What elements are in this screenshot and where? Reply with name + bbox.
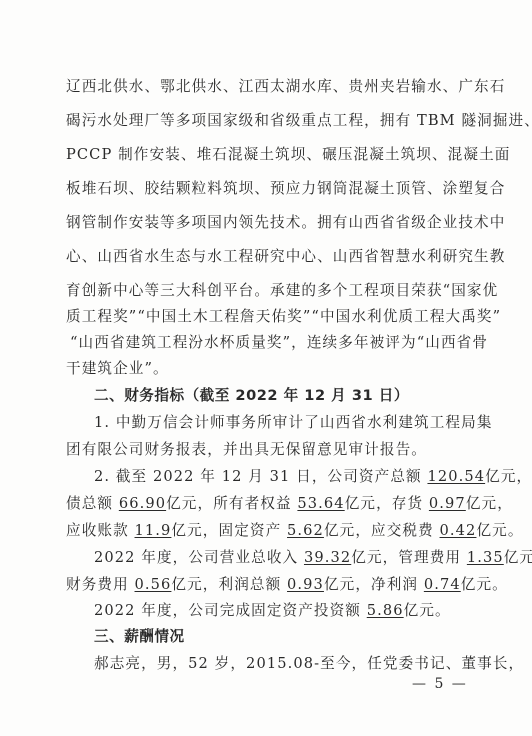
total-liabilities-value: 66.90 bbox=[119, 495, 166, 512]
paragraph-line: 辽西北供水、鄂北供水、江西太湖水库、贵州夹岩输水、广东石 bbox=[66, 77, 462, 97]
paragraph-line: 钢管制作安装等多项国内领先技术。拥有山西省省级企业技术中 bbox=[66, 213, 462, 233]
text: 亿元，存货 bbox=[345, 495, 429, 512]
balance-line-3: 应收账款 11.9亿元，固定资产 5.62亿元，应交税费 0.42亿元。 bbox=[66, 521, 462, 541]
compensation-line-1: 郝志亮，男，52 岁，2015.08-至今，任党委书记、董事长， bbox=[94, 654, 462, 674]
net-profit-value: 0.74 bbox=[424, 576, 461, 593]
section-heading-compensation: 三、薪酬情况 bbox=[94, 627, 462, 647]
text: 2. 截至 2022 年 12 月 31 日，公司资产总额 bbox=[94, 468, 427, 485]
text: 亿元。 bbox=[461, 576, 508, 593]
income-line-1: 2022 年度，公司营业总收入 39.32亿元，管理费用 1.35亿元， bbox=[94, 548, 462, 568]
owners-equity-value: 53.64 bbox=[297, 495, 344, 512]
text: 2022 年度，公司营业总收入 bbox=[94, 549, 304, 566]
text: 亿元，所有者权益 bbox=[166, 495, 297, 512]
balance-line-1: 2. 截至 2022 年 12 月 31 日，公司资产总额 120.54亿元，负 bbox=[94, 467, 462, 487]
inventory-value: 0.97 bbox=[429, 495, 466, 512]
text: 亿元。 bbox=[476, 522, 523, 539]
text: 亿元， bbox=[504, 549, 532, 566]
text: 应收账款 bbox=[66, 522, 135, 539]
taxes-payable-value: 0.42 bbox=[440, 522, 477, 539]
text: 亿元， bbox=[466, 495, 513, 512]
paragraph-line: 干建筑企业”。 bbox=[66, 359, 462, 379]
audit-line-2: 团有限公司财务报表，并出具无保留意见审计报告。 bbox=[66, 440, 462, 460]
investment-value: 5.86 bbox=[367, 602, 404, 619]
balance-line-2: 债总额 66.90亿元，所有者权益 53.64亿元，存货 0.97亿元， bbox=[66, 494, 462, 514]
text: 亿元。 bbox=[404, 602, 451, 619]
investment-line: 2022 年度，公司完成固定资产投资额 5.86亿元。 bbox=[94, 601, 462, 621]
section-heading-financial: 二、财务指标（截至 2022 年 12 月 31 日） bbox=[94, 386, 462, 406]
paragraph-line: 育创新中心等三大科创平台。承建的多个工程项目荣获“国家优 bbox=[66, 281, 462, 301]
paragraph-line: 质工程奖”“中国土木工程詹天佑奖”“中国水利优质工程大禹奖” bbox=[66, 307, 462, 327]
text: 亿元，利润总额 bbox=[171, 576, 287, 593]
text: 2022 年度，公司完成固定资产投资额 bbox=[94, 602, 367, 619]
revenue-value: 39.32 bbox=[304, 549, 351, 566]
text: 亿元，负 bbox=[485, 468, 532, 485]
admin-expense-value: 1.35 bbox=[467, 549, 504, 566]
paragraph-line: 碣污水处理厂等多项国家级和省级重点工程，拥有 TBM 隧洞掘进、 bbox=[66, 111, 462, 131]
audit-line-1: 1. 中勤万信会计师事务所审计了山西省水利建筑工程局集 bbox=[94, 413, 462, 433]
text: 亿元，应交税费 bbox=[324, 522, 440, 539]
paragraph-line: PCCP 制作安装、堆石混凝土筑坝、碾压混凝土筑坝、混凝土面 bbox=[66, 145, 462, 165]
total-profit-value: 0.93 bbox=[287, 576, 324, 593]
text: 亿元，固定资产 bbox=[171, 522, 287, 539]
total-assets-value: 120.54 bbox=[427, 468, 485, 485]
paragraph-line: 板堆石坝、胶结颗粒料筑坝、预应力钢筒混凝土顶管、涂塑复合 bbox=[66, 179, 462, 199]
finance-expense-value: 0.56 bbox=[135, 576, 172, 593]
page-number: — 5 — bbox=[412, 676, 468, 692]
paragraph-line: 心、山西省水生态与水工程研究中心、山西省智慧水利研究生教 bbox=[66, 247, 462, 267]
accounts-receivable-value: 11.9 bbox=[135, 522, 172, 539]
fixed-assets-value: 5.62 bbox=[287, 522, 324, 539]
text: 债总额 bbox=[66, 495, 119, 512]
text: 财务费用 bbox=[66, 576, 135, 593]
text: 亿元，净利润 bbox=[324, 576, 424, 593]
text: 亿元，管理费用 bbox=[351, 549, 467, 566]
income-line-2: 财务费用 0.56亿元，利润总额 0.93亿元，净利润 0.74亿元。 bbox=[66, 575, 462, 595]
paragraph-line: “山西省建筑工程汾水杯质量奖”，连续多年被评为“山西省骨 bbox=[70, 333, 462, 353]
